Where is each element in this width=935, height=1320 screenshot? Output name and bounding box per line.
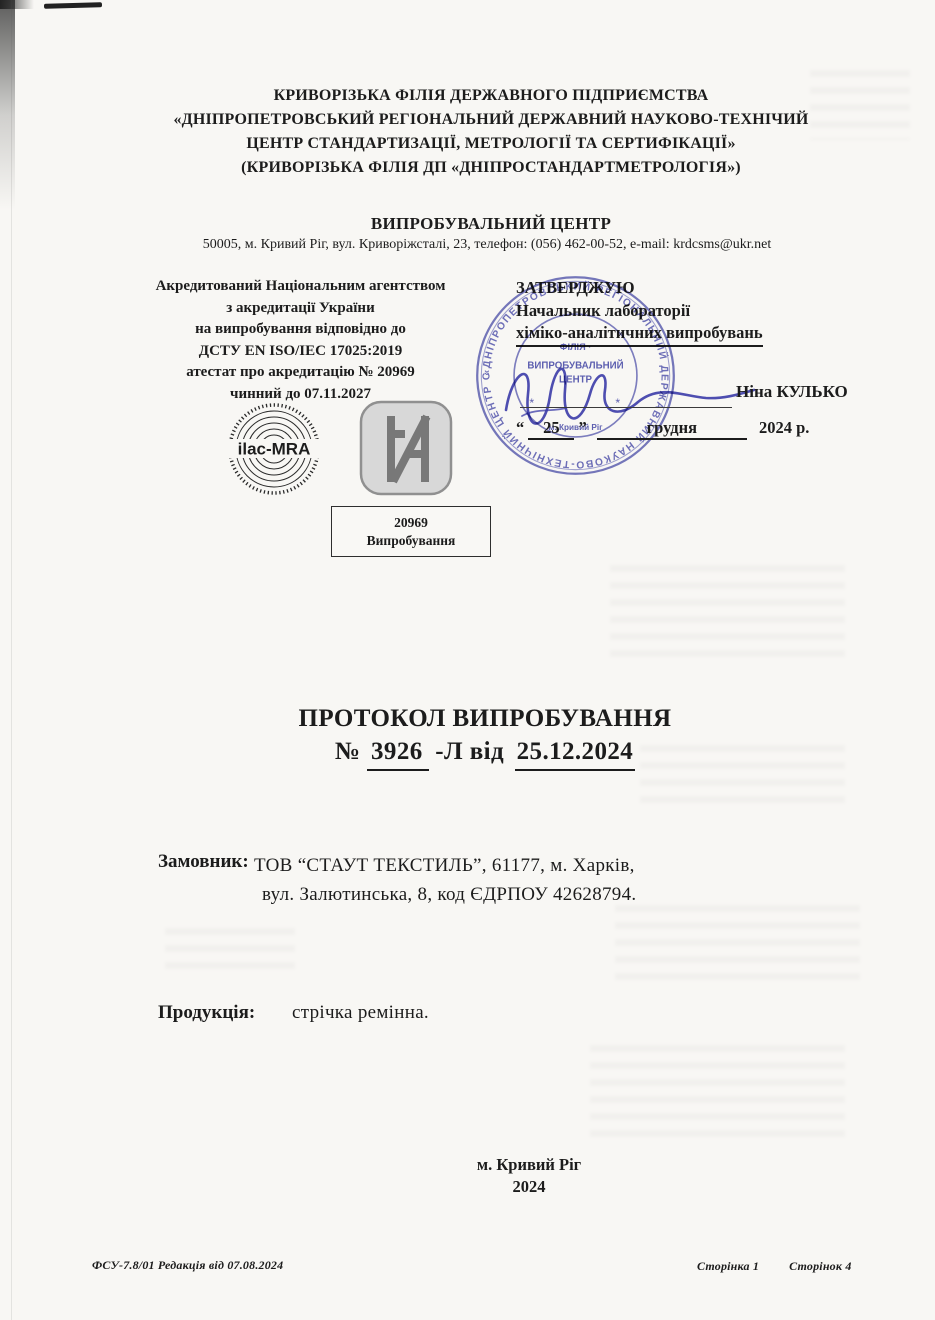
org-line: КРИВОРІЗЬКА ФІЛІЯ ДЕРЖАВНОГО ПІДПРИЄМСТВ… — [91, 84, 891, 108]
bleed-through-artifact — [590, 1045, 845, 1140]
customer-label: Замовник: — [158, 851, 249, 873]
document-place: м. Кривий Ріг — [129, 1155, 929, 1175]
certificate-box: 20969 Випробування — [331, 506, 491, 557]
accreditation-line: з акредитації України — [118, 298, 483, 320]
footer-doc-code: ФСУ-7.8/01 Редакція від 07.08.2024 — [92, 1258, 283, 1273]
org-line: ЦЕНТР СТАНДАРТИЗАЦІЇ, МЕТРОЛОГІЇ ТА СЕРТ… — [91, 132, 891, 156]
certificate-number: 20969 — [332, 514, 490, 532]
bleed-through-artifact — [615, 905, 860, 990]
customer-value-line1: ТОВ “СТАУТ ТЕКСТИЛЬ”, 61177, м. Харків, — [254, 851, 714, 880]
scan-corner-shadow — [0, 0, 34, 9]
protocol-date: 25.12.2024 — [515, 735, 636, 771]
footer-pages-label: Сторінок 4 — [789, 1259, 851, 1274]
product-value: стрічка ремінна. — [292, 1002, 429, 1024]
date-close-quote: ” — [579, 418, 587, 437]
accreditation-line: атестат про акредитацію № 20969 — [118, 362, 483, 384]
org-line: (КРИВОРІЗЬКА ФІЛІЯ ДП «ДНІПРОСТАНДАРТМЕТ… — [91, 156, 891, 180]
number-sign: № — [335, 738, 361, 765]
scanned-protocol-page: КРИВОРІЗЬКА ФІЛІЯ ДЕРЖАВНОГО ПІДПРИЄМСТВ… — [0, 0, 935, 1320]
testing-centre-address: 50005, м. Кривий Ріг, вул. Криворіжсталі… — [67, 237, 907, 253]
footer-pagination: Сторінка 1 Сторінок 4 — [697, 1259, 852, 1274]
date-day: 25 — [528, 418, 574, 440]
naau-logo — [359, 400, 453, 496]
ilac-mra-logo: ilac-MRA — [227, 402, 321, 496]
testing-centre-title: ВИПРОБУВАЛЬНИЙ ЦЕНТР — [91, 214, 891, 234]
ilac-mra-text: ilac-MRA — [238, 440, 311, 459]
date-open-quote: “ — [516, 418, 524, 437]
document-year: 2024 — [129, 1177, 929, 1197]
date-month: грудня — [597, 418, 747, 440]
approval-date-line: “ 25 ” грудня 2024 р. — [516, 418, 809, 440]
staple-mark — [44, 2, 102, 9]
bleed-through-artifact — [610, 565, 845, 660]
date-year: 2024 р. — [759, 418, 809, 437]
protocol-title: ПРОТОКОЛ ВИПРОБУВАННЯ — [85, 702, 885, 735]
customer-value-line2: вул. Залютинська, 8, код ЄДРПОУ 42628794… — [262, 880, 714, 909]
naau-icon — [359, 400, 453, 496]
product-label: Продукція: — [158, 1002, 255, 1024]
signature-line — [520, 393, 732, 408]
accreditation-line: ДСТУ EN ISO/IEC 17025:2019 — [118, 341, 483, 363]
protocol-number: 3926 — [367, 735, 429, 771]
certificate-scope: Випробування — [332, 532, 490, 550]
ilac-mra-icon: ilac-MRA — [227, 402, 321, 496]
protocol-middle: -Л від — [435, 738, 504, 765]
protocol-number-line: № 3926 -Л від 25.12.2024 — [85, 735, 885, 771]
org-header: КРИВОРІЗЬКА ФІЛІЯ ДЕРЖАВНОГО ПІДПРИЄМСТВ… — [91, 84, 891, 180]
bleed-through-artifact — [165, 928, 295, 973]
customer-value: ТОВ “СТАУТ ТЕКСТИЛЬ”, 61177, м. Харків, … — [254, 851, 714, 909]
footer-page-label: Сторінка 1 — [697, 1259, 759, 1274]
org-line: «ДНІПРОПЕТРОВСЬКИЙ РЕГІОНАЛЬНИЙ ДЕРЖАВНИ… — [91, 108, 891, 132]
signer-name: Ніна КУЛЬКО — [736, 382, 848, 402]
scan-edge-shadow — [0, 0, 15, 210]
accreditation-block: Акредитований Національним агентством з … — [118, 276, 483, 405]
scan-fold-line — [11, 0, 12, 1320]
accreditation-line: Акредитований Національним агентством — [118, 276, 483, 298]
accreditation-line: на випробування відповідно до — [118, 319, 483, 341]
